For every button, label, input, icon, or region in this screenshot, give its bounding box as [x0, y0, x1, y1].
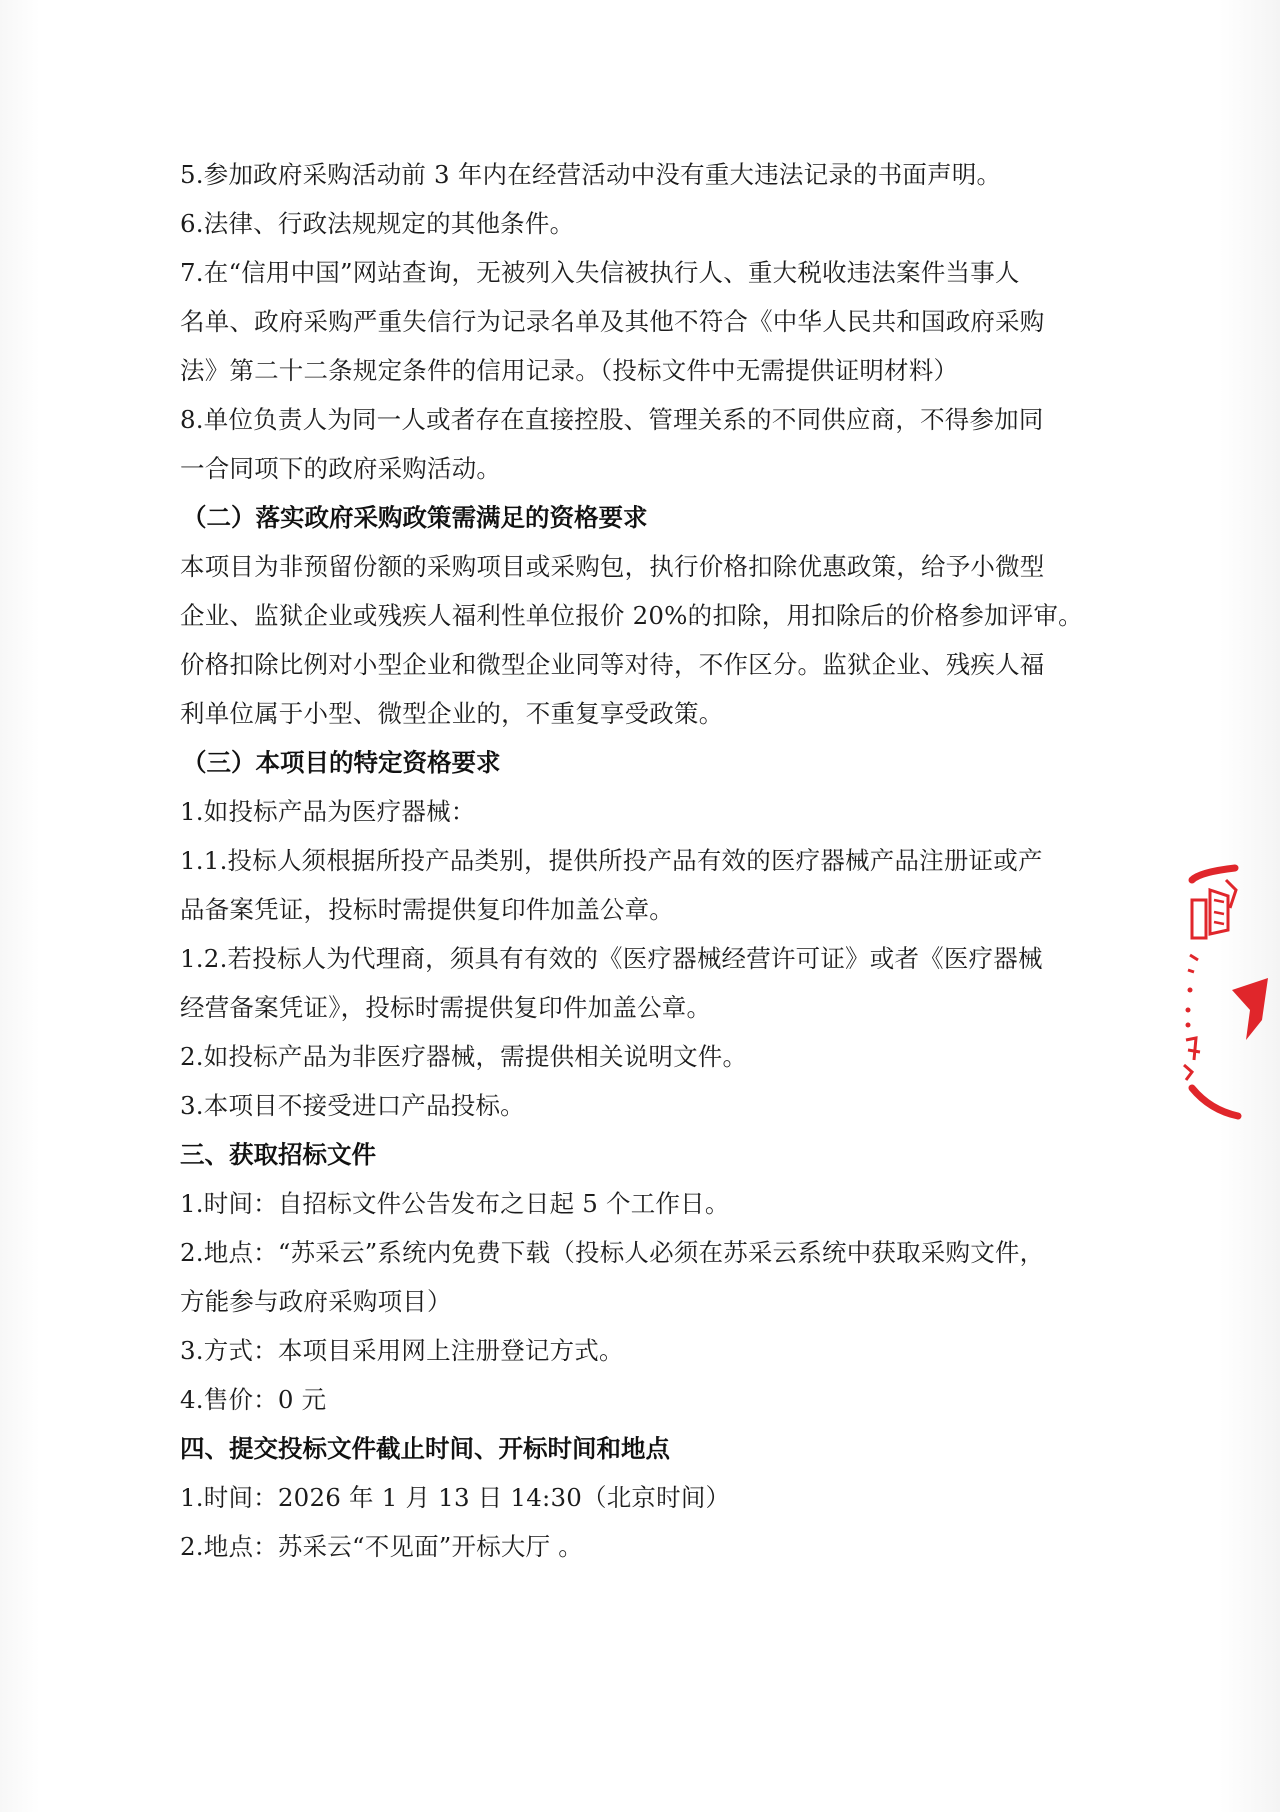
- text-line-policy-2: 企业、监狱企业或残疾人福利性单位报价 20%的扣除，用扣除后的价格参加评审。: [180, 596, 1060, 636]
- text-line-spec-1-1-cont: 品备案凭证，投标时需提供复印件加盖公章。: [180, 890, 1060, 930]
- text-line-item8: 8.单位负责人为同一人或者存在直接控股、管理关系的不同供应商，不得参加同: [180, 400, 1060, 440]
- text-line-spec-1-1: 1.1.投标人须根据所投产品类别，提供所投产品有效的医疗器械产品注册证或产: [180, 841, 1060, 881]
- text-line-item8-cont: 一合同项下的政府采购活动。: [180, 449, 1060, 489]
- text-line-item5: 5.参加政府采购活动前 3 年内在经营活动中没有重大违法记录的书面声明。: [180, 155, 1060, 195]
- text-line-spec-1-2: 1.2.若投标人为代理商，须具有有效的《医疗器械经营许可证》或者《医疗器械: [180, 939, 1060, 979]
- text-line-spec-3: 3.本项目不接受进口产品投标。: [180, 1086, 1060, 1126]
- section-heading-policy-requirements: （二）落实政府采购政策需满足的资格要求: [182, 498, 1062, 538]
- section-heading-specific-requirements: （三）本项目的特定资格要求: [182, 743, 1062, 783]
- text-line-item7-cont2: 法》第二十二条规定条件的信用记录。（投标文件中无需提供证明材料）: [180, 351, 1060, 391]
- seal-icon: [1150, 860, 1280, 1130]
- text-line-spec-1-2-cont: 经营备案凭证》，投标时需提供复印件加盖公章。: [180, 988, 1060, 1028]
- text-line-policy-4: 利单位属于小型、微型企业的，不重复享受政策。: [180, 694, 1060, 734]
- document-page: 5.参加政府采购活动前 3 年内在经营活动中没有重大违法记录的书面声明。 6.法…: [0, 0, 1280, 1812]
- text-line-policy-1: 本项目为非预留份额的采购项目或采购包，执行价格扣除优惠政策，给予小微型: [180, 547, 1060, 587]
- text-line-deadline-time: 1.时间：2026 年 1 月 13 日 14:30（北京时间）: [180, 1478, 1060, 1518]
- section-heading-obtain-documents: 三、获取招标文件: [180, 1135, 1060, 1175]
- text-line-obtain-time: 1.时间：自招标文件公告发布之日起 5 个工作日。: [180, 1184, 1060, 1224]
- text-line-item6: 6.法律、行政法规规定的其他条件。: [180, 204, 1060, 244]
- text-line-spec-2: 2.如投标产品为非医疗器械，需提供相关说明文件。: [180, 1037, 1060, 1077]
- text-line-policy-3: 价格扣除比例对小型企业和微型企业同等对待，不作区分。监狱企业、残疾人福: [180, 645, 1060, 685]
- text-line-obtain-method: 3.方式：本项目采用网上注册登记方式。: [180, 1331, 1060, 1371]
- official-seal-stamp: [1150, 860, 1280, 1130]
- text-line-spec-1: 1.如投标产品为医疗器械：: [180, 792, 1060, 832]
- section-heading-submission-deadline: 四、提交投标文件截止时间、开标时间和地点: [180, 1429, 1060, 1469]
- text-line-deadline-location: 2.地点：苏采云“不见面”开标大厅 。: [180, 1527, 1060, 1567]
- text-line-item7-cont1: 名单、政府采购严重失信行为记录名单及其他不符合《中华人民共和国政府采购: [180, 302, 1060, 342]
- text-line-obtain-price: 4.售价：0 元: [180, 1380, 1060, 1420]
- text-line-item7: 7.在“信用中国”网站查询，无被列入失信被执行人、重大税收违法案件当事人: [180, 253, 1060, 293]
- text-line-obtain-location: 2.地点：“苏采云”系统内免费下载（投标人必须在苏采云系统中获取采购文件，: [180, 1233, 1060, 1273]
- text-line-obtain-location-cont: 方能参与政府采购项目）: [180, 1282, 1060, 1322]
